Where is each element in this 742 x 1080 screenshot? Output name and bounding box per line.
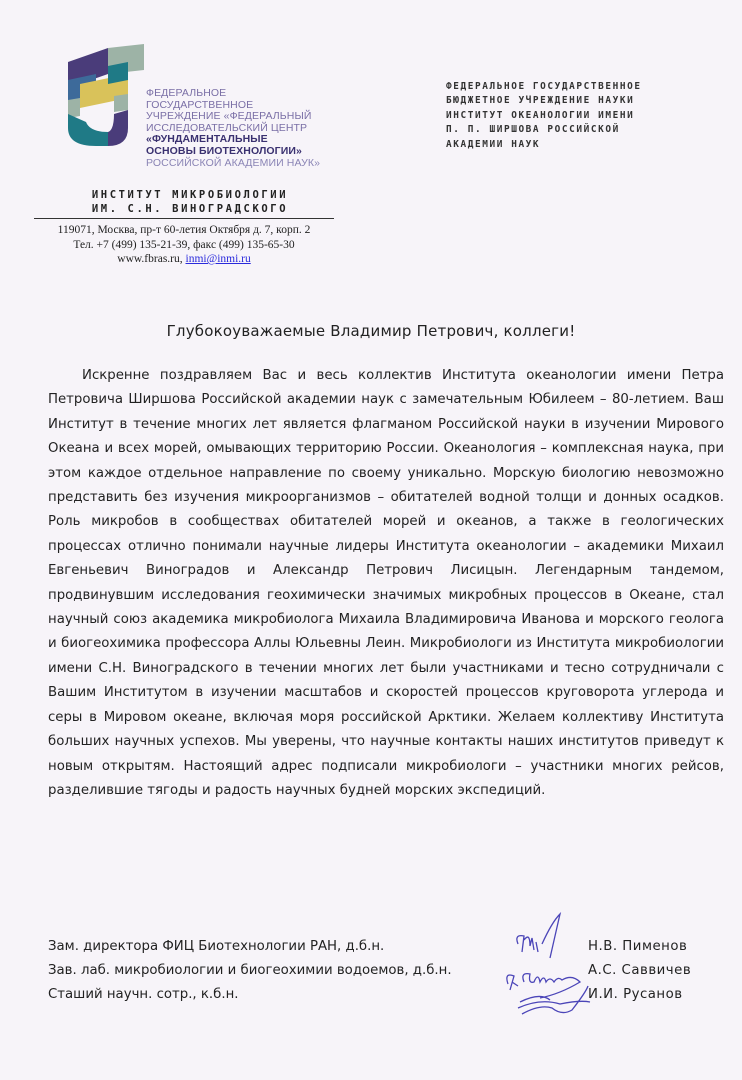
federal-center-name: ФЕДЕРАЛЬНОЕ ГОСУДАРСТВЕННОЕ УЧРЕЖДЕНИЕ «…	[146, 88, 320, 169]
letter-body: Искренне поздравляем Вас и весь коллекти…	[48, 364, 724, 803]
recipient-institute: ФЕДЕРАЛЬНОЕ ГОСУДАРСТВЕННОЕ БЮДЖЕТНОЕ УЧ…	[446, 80, 642, 152]
institute-name: ИНСТИТУТ МИКРОБИОЛОГИИ ИМ. С.Н. ВИНОГРАД…	[40, 188, 340, 216]
signatory-names: Н.В. Пименов А.С. Саввичев И.И. Русанов	[588, 935, 691, 1007]
signatory-title: Сташий научн. сотр., к.б.н.	[48, 983, 452, 1007]
signatory-name: И.И. Русанов	[588, 983, 691, 1007]
institute-contacts: 119071, Москва, пр-т 60-летия Октября д.…	[34, 223, 334, 267]
signatory-title: Зав. лаб. микробиологии и биогеохимии во…	[48, 959, 452, 983]
signatory-title: Зам. директора ФИЦ Биотехнологии РАН, д.…	[48, 935, 452, 959]
signatory-titles: Зам. директора ФИЦ Биотехнологии РАН, д.…	[48, 935, 452, 1007]
website: www.fbras.ru,	[117, 253, 182, 265]
phone-fax: Тел. +7 (499) 135-21-39, факс (499) 135-…	[34, 238, 334, 253]
address: 119071, Москва, пр-т 60-летия Октября д.…	[34, 223, 334, 238]
header-divider	[34, 218, 334, 219]
letter-paragraph: Искренне поздравляем Вас и весь коллекти…	[48, 364, 724, 803]
email-link[interactable]: inmi@inmi.ru	[186, 253, 251, 265]
signatory-name: А.С. Саввичев	[588, 959, 691, 983]
letter-greeting: Глубокоуважаемые Владимир Петрович, колл…	[0, 322, 742, 340]
fbras-logo-icon	[66, 44, 146, 148]
signatory-name: Н.В. Пименов	[588, 935, 691, 959]
